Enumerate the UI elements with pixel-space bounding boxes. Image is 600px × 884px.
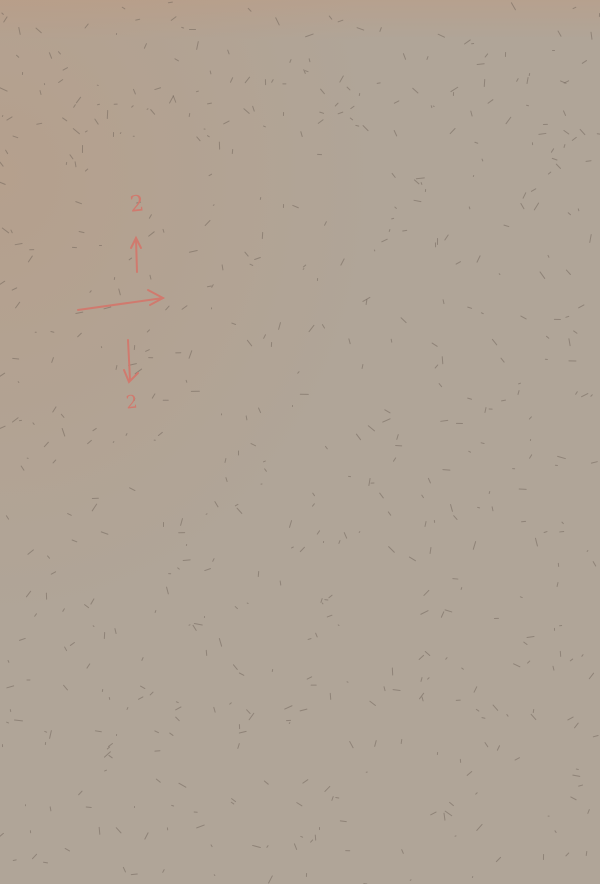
down-arrow-icon	[124, 340, 138, 382]
bottom-number-mark: 2	[125, 391, 139, 413]
up-arrow-icon	[131, 238, 141, 272]
pencil-arrows	[0, 0, 600, 884]
paper-sheet: 2 2	[0, 0, 600, 884]
right-arrow-icon	[78, 290, 163, 310]
